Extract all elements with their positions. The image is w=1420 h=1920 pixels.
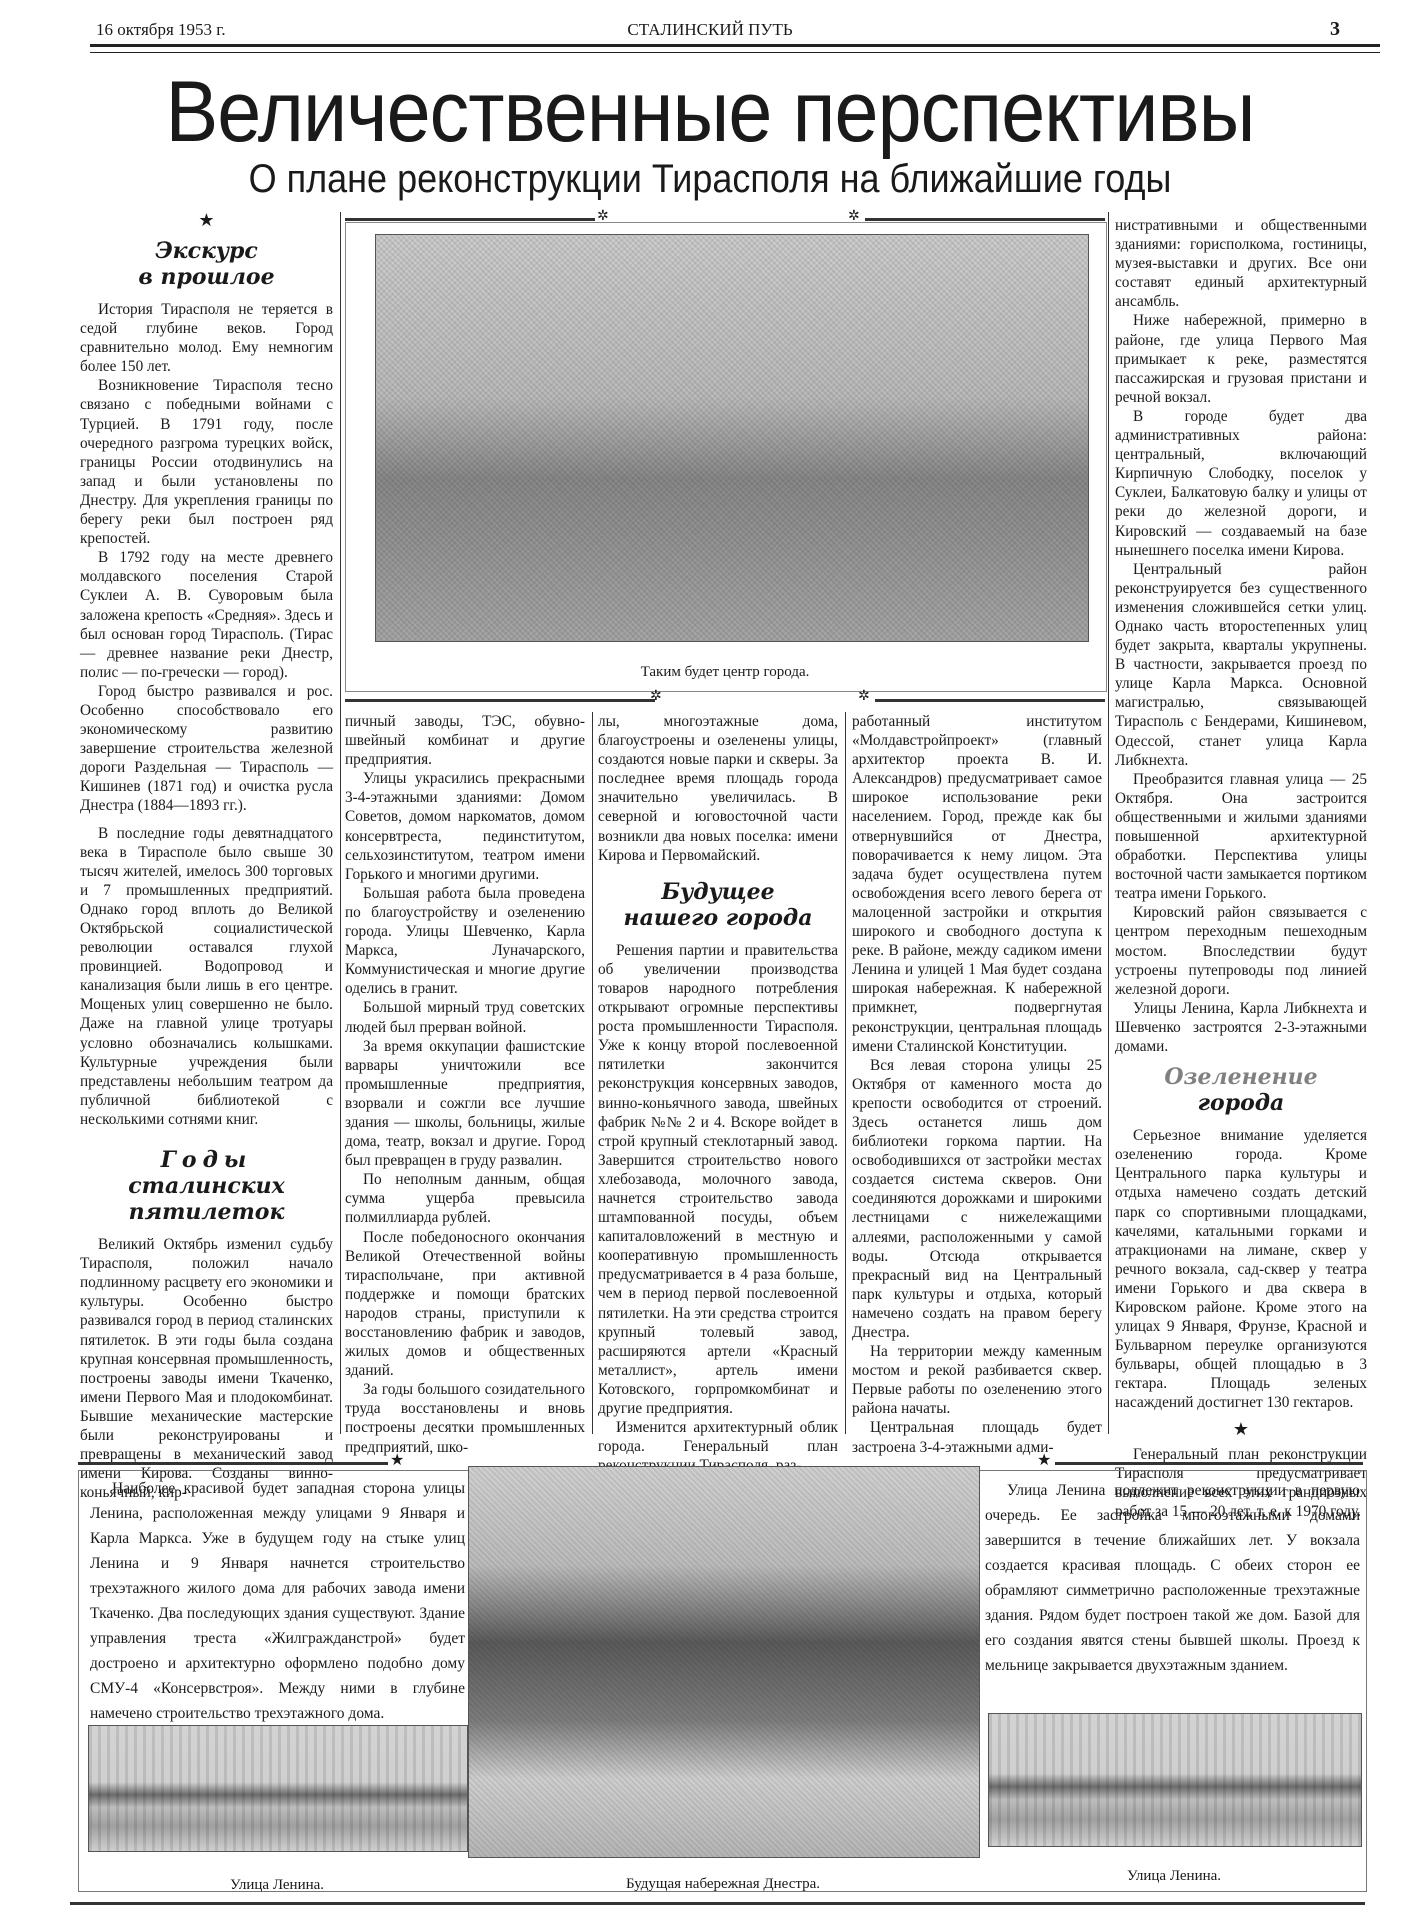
section-heading-greening: Озеленение города	[1115, 1064, 1367, 1116]
image-caption: Будущая набережная Днестра.	[468, 1876, 978, 1893]
paragraph: Решения партии и правительства об увелич…	[598, 941, 838, 1418]
paragraph: Возникновение Тирасполя тесно связано с …	[80, 376, 333, 548]
star-ornament: ★	[390, 1450, 404, 1470]
section-heading-past: Экскурс в прошлое	[80, 238, 333, 290]
page-subtitle: О плане реконструкции Тирасполя на ближа…	[71, 155, 1349, 203]
paragraph: Центральный район реконструируется без с…	[1115, 560, 1367, 770]
paragraph: работанный институтом «Молдавстройпроект…	[852, 712, 1102, 1056]
bottom-rule	[78, 1462, 388, 1465]
snowflake-ornament: ✲	[858, 688, 870, 705]
paragraph: В 1792 году на месте древнего молдавског…	[80, 548, 333, 682]
paragraph: пичный заводы, ТЭС, обувно-швейный комби…	[345, 712, 585, 769]
paragraph: В последние годы девятнадцатого века в Т…	[80, 824, 333, 1130]
paragraph: За время оккупации фашистские варвары ун…	[345, 1037, 585, 1171]
page-bottom-rule	[70, 1902, 1365, 1905]
paragraph: В городе будет два административных райо…	[1115, 407, 1367, 560]
paragraph: Улицы Ленина, Карла Либкнехта и Шевченко…	[1115, 999, 1367, 1056]
paragraph: Серьезное внимание уделяется озеленению …	[1115, 1126, 1367, 1412]
page-number: 3	[1330, 18, 1340, 41]
paragraph: На территории между каменным мостом и ре…	[852, 1342, 1102, 1418]
column-5: нистративными и общественными зданиями: …	[1115, 216, 1367, 1521]
column-3: лы, многоэтажные дома, благоустроены и о…	[598, 712, 838, 1475]
lenin-street-illustration-left	[88, 1725, 468, 1852]
bottom-right-text: Улица Ленина подлежит реконструкции в пе…	[985, 1478, 1360, 1678]
image-frame-rule	[875, 699, 1105, 702]
image-frame-rule	[865, 218, 1105, 221]
column-divider	[845, 712, 846, 1434]
image-caption: Улица Ленина.	[988, 1868, 1360, 1885]
lenin-street-illustration-right	[988, 1713, 1362, 1847]
image-frame-rule	[345, 218, 595, 221]
paragraph: По неполным данным, общая сумма ущерба п…	[345, 1170, 585, 1227]
paragraph: Вся левая сторона улицы 25 Октября от ка…	[852, 1056, 1102, 1342]
section-heading-future: Будущее нашего города	[598, 879, 838, 931]
page-title: Величественные перспективы	[57, 62, 1363, 162]
column-2: пичный заводы, ТЭС, обувно-швейный комби…	[345, 712, 585, 1457]
paragraph: лы, многоэтажные дома, благоустроены и о…	[598, 712, 838, 865]
paragraph: Большая работа была проведена по благоус…	[345, 884, 585, 999]
paragraph: Ниже набережной, примерно в районе, где …	[1115, 311, 1367, 406]
snowflake-ornament: ✲	[650, 688, 662, 705]
paragraph: История Тирасполя не теряется в седой гл…	[80, 300, 333, 376]
bottom-left-text: Наиболее красивой будет западная сторона…	[90, 1476, 465, 1726]
city-center-illustration	[375, 234, 1089, 642]
paragraph: Город быстро развивался и рос. Особенно …	[80, 682, 333, 816]
paragraph: нистративными и общественными зданиями: …	[1115, 216, 1367, 311]
section-heading-five-year-plans: Годы сталинских пятилеток	[80, 1147, 333, 1225]
bottom-rule	[1055, 1462, 1363, 1465]
column-divider	[1108, 212, 1109, 1434]
paragraph: Центральная площадь будет застроена 3-4-…	[852, 1418, 1102, 1456]
paragraph: После победоносного окончания Великой От…	[345, 1228, 585, 1381]
star-ornament: ★	[1115, 1419, 1367, 1439]
image-caption: Улица Ленина.	[88, 1877, 466, 1894]
paragraph: Преобразится главная улица — 25 Октября.…	[1115, 770, 1367, 904]
column-1: ★ Экскурс в прошлое История Тирасполя не…	[80, 210, 333, 1502]
dniester-embankment-illustration	[468, 1466, 980, 1858]
star-ornament: ★	[1037, 1450, 1051, 1470]
paragraph: Большой мирный труд советских людей был …	[345, 998, 585, 1036]
column-divider	[592, 712, 593, 1434]
image-caption: Таким будет центр города.	[345, 664, 1105, 681]
column-divider	[340, 212, 341, 1434]
newspaper-name: СТАЛИНСКИЙ ПУТЬ	[0, 20, 1420, 40]
image-frame-rule	[345, 699, 655, 702]
paragraph: Кировский район связывается с центром пе…	[1115, 903, 1367, 998]
masthead-rule	[90, 44, 1380, 53]
paragraph: За годы большого созидательного труда во…	[345, 1380, 585, 1456]
paragraph: Улицы украсились прекрасными 3-4-этажным…	[345, 769, 585, 884]
star-ornament: ★	[80, 210, 333, 230]
column-4: работанный институтом «Молдавстройпроект…	[852, 712, 1102, 1457]
